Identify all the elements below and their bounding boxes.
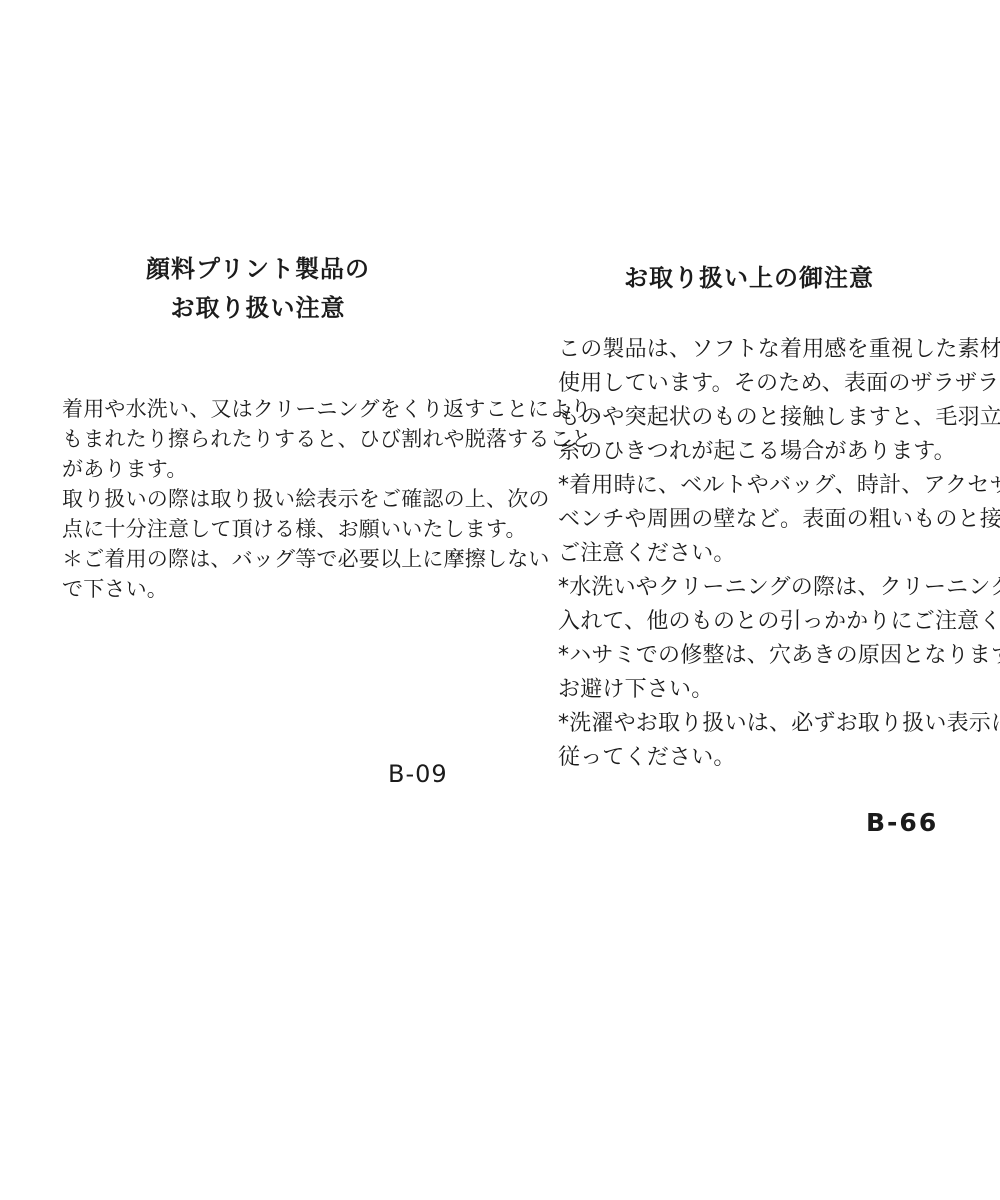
right-body-line: *ハサミでの修整は、穴あきの原因となりますので bbox=[558, 639, 940, 673]
left-body-line: もまれたり擦られたりすると、ひび割れや脱落すること bbox=[62, 424, 454, 454]
right-notice-body: この製品は、ソフトな着用感を重視した素材を 使用しています。そのため、表面のザラ… bbox=[558, 333, 940, 775]
left-notice-code: B-09 bbox=[388, 760, 448, 788]
left-care-notice-block: 顔料プリント製品の お取り扱い注意 着用や水洗い、又はクリーニングをくり返すこと… bbox=[62, 250, 454, 604]
left-notice-body: 着用や水洗い、又はクリーニングをくり返すことにより、 もまれたり擦られたりすると… bbox=[62, 394, 454, 604]
right-body-line: 従ってください。 bbox=[558, 741, 940, 775]
left-body-line: 取り扱いの際は取り扱い絵表示をご確認の上、次の bbox=[62, 484, 454, 514]
left-body-line: で下さい。 bbox=[62, 574, 454, 604]
right-notice-code: B-66 bbox=[866, 808, 938, 837]
left-body-line: があります。 bbox=[62, 454, 454, 484]
right-body-line: ベンチや周囲の壁など。表面の粗いものと接触に bbox=[558, 503, 940, 537]
right-body-line: この製品は、ソフトな着用感を重視した素材を bbox=[558, 333, 940, 367]
right-body-line: *洗濯やお取り扱いは、必ずお取り扱い表示に bbox=[558, 707, 940, 741]
right-body-line: ものや突起状のものと接触しますと、毛羽立ちや bbox=[558, 401, 940, 435]
right-body-line: 入れて、他のものとの引っかかりにご注意ください。 bbox=[558, 605, 940, 639]
right-care-notice-block: お取り扱い上の御注意 この製品は、ソフトな着用感を重視した素材を 使用しています… bbox=[558, 258, 940, 775]
right-body-line: *着用時に、ベルトやバッグ、時計、アクセサリー、 bbox=[558, 469, 940, 503]
left-notice-title-line1: 顔料プリント製品の bbox=[62, 250, 454, 289]
left-notice-title-line2: お取り扱い注意 bbox=[62, 289, 454, 328]
left-body-line: ＊ご着用の際は、バッグ等で必要以上に摩擦しない bbox=[62, 544, 454, 574]
left-notice-title: 顔料プリント製品の お取り扱い注意 bbox=[62, 250, 454, 328]
right-body-line: お避け下さい。 bbox=[558, 673, 940, 707]
left-body-line: 点に十分注意して頂ける様、お願いいたします。 bbox=[62, 514, 454, 544]
left-body-line: 着用や水洗い、又はクリーニングをくり返すことにより、 bbox=[62, 394, 454, 424]
right-body-line: 糸のひきつれが起こる場合があります。 bbox=[558, 435, 940, 469]
right-body-line: ご注意ください。 bbox=[558, 537, 940, 571]
right-body-line: 使用しています。そのため、表面のザラザラした bbox=[558, 367, 940, 401]
right-notice-title: お取り扱い上の御注意 bbox=[558, 258, 940, 293]
right-body-line: *水洗いやクリーニングの際は、クリーニングネットに bbox=[558, 571, 940, 605]
